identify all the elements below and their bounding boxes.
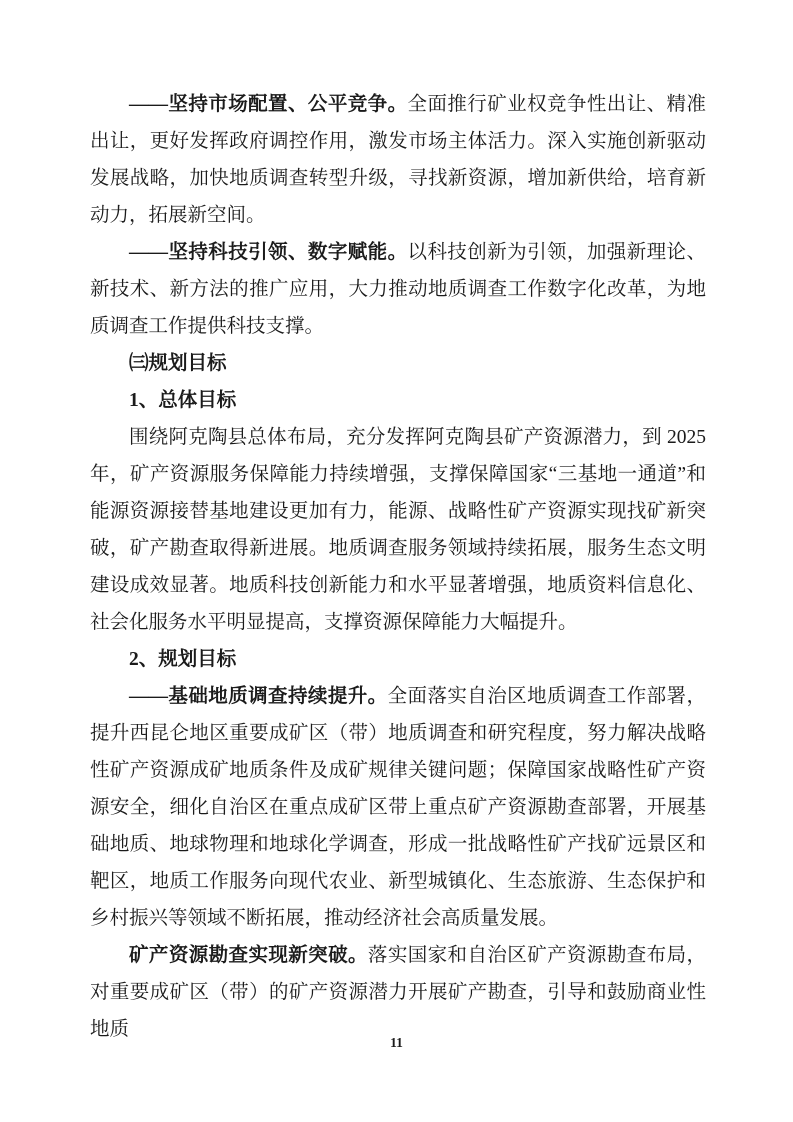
paragraph-lead-tech-digital: ——坚持科技引领、数字赋能。	[129, 242, 408, 263]
paragraph-lead-basic-geology: ——基础地质调查持续提升。	[129, 686, 388, 707]
paragraph-tech-digital: ——坚持科技引领、数字赋能。以科技创新为引领，加强新理论、新技术、新方法的推广应…	[90, 234, 706, 345]
paragraph-text-basic-geology: 全面落实自治区地质调查工作部署，提升西昆仑地区重要成矿区（带）地质调查和研究程度…	[90, 686, 706, 929]
paragraph-market-allocation: ——坚持市场配置、公平竞争。全面推行矿业权竞争性出让、精准出让，更好发挥政府调控…	[90, 86, 706, 234]
document-page: ——坚持市场配置、公平竞争。全面推行矿业权竞争性出让、精准出让，更好发挥政府调控…	[0, 0, 793, 1122]
paragraph-overall-goal: 围绕阿克陶县总体布局，充分发挥阿克陶县矿产资源潜力，到 2025 年，矿产资源服…	[90, 419, 706, 641]
page-number: 11	[0, 1034, 793, 1052]
paragraph-lead-market-allocation: ——坚持市场配置、公平竞争。	[129, 94, 408, 115]
subsection-heading-plan-goal: 2、规划目标	[90, 641, 706, 678]
subsection-heading-overall-goal: 1、总体目标	[90, 382, 706, 419]
paragraph-text-overall-goal: 围绕阿克陶县总体布局，充分发挥阿克陶县矿产资源潜力，到 2025 年，矿产资源服…	[90, 427, 706, 633]
paragraph-mineral-exploration: 矿产资源勘查实现新突破。落实国家和自治区矿产资源勘查布局，对重要成矿区（带）的矿…	[90, 937, 706, 1048]
paragraph-lead-mineral-exploration: 矿产资源勘查实现新突破。	[129, 945, 368, 966]
section-heading-planning-goals: ㈢规划目标	[90, 345, 706, 382]
paragraph-basic-geology: ——基础地质调查持续提升。全面落实自治区地质调查工作部署，提升西昆仑地区重要成矿…	[90, 678, 706, 937]
